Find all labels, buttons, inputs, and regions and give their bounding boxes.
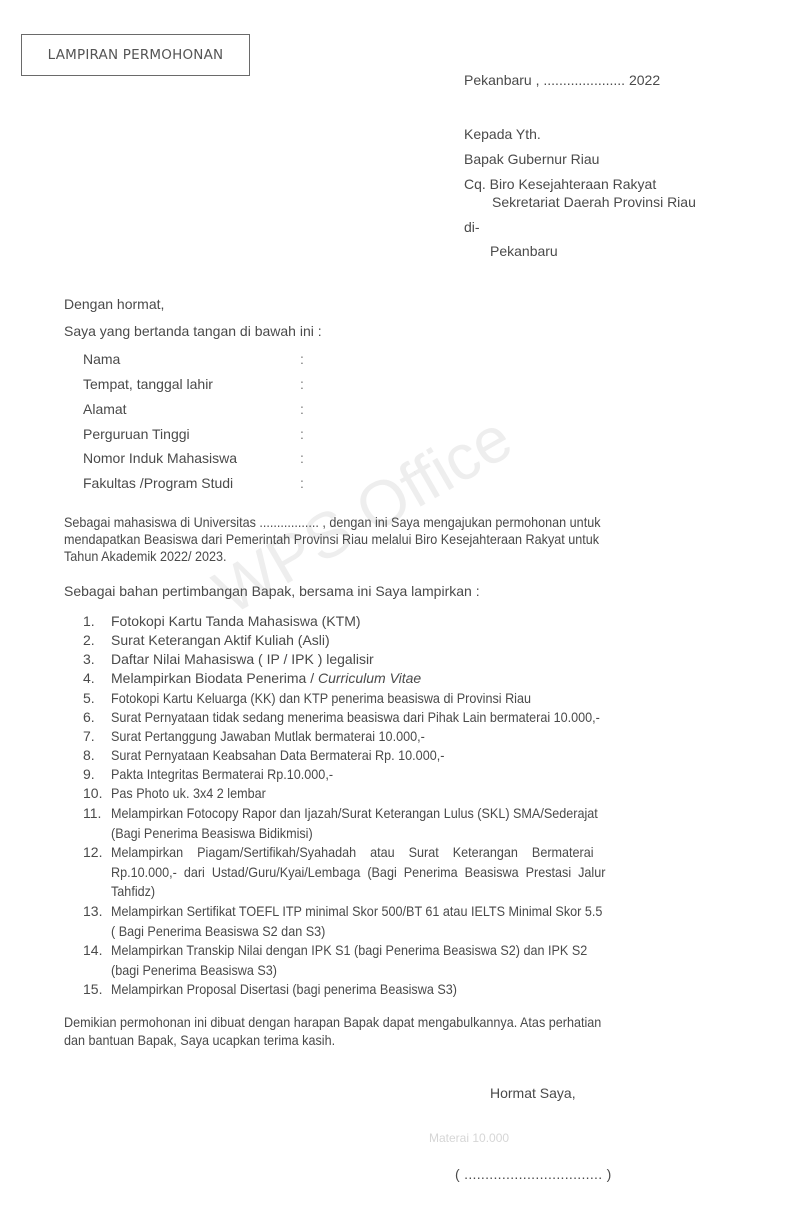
field-value-fakultas-prodi[interactable]: : — [300, 475, 304, 491]
list-item-text: Daftar Nilai Mahasiswa ( IP / IPK ) lega… — [111, 650, 741, 670]
recipient-line-3: Cq. Biro Kesejahteraan Rakyat — [464, 176, 656, 192]
recipient-line-1: Kepada Yth. — [464, 126, 541, 142]
list-item-number: 5. — [83, 689, 109, 709]
document-title: LAMPIRAN PERMOHONAN — [48, 47, 224, 63]
field-nim: Nomor Induk Mahasiswa — [83, 450, 237, 466]
field-nama: Nama — [83, 351, 120, 367]
list-item-number: 13. — [83, 902, 109, 922]
field-perguruan-tinggi: Perguruan Tinggi — [83, 426, 190, 442]
list-item-text: Surat Keterangan Aktif Kuliah (Asli) — [111, 631, 741, 651]
document-title-box: LAMPIRAN PERMOHONAN — [21, 34, 250, 76]
field-value-alamat[interactable]: : — [300, 401, 304, 417]
list-item-number: 6. — [83, 708, 109, 728]
list-item-text-cont: ( Bagi Penerima Beasiswa S2 dan S3) — [111, 922, 678, 942]
list-item-text-cont: (Bagi Penerima Beasiswa Bidikmisi) — [111, 824, 678, 844]
list-item-text-cont: Rp.10.000,- dari Ustad/Guru/Kyai/Lembaga… — [111, 863, 678, 883]
request-line-3: Tahun Akademik 2022/ 2023. — [64, 548, 227, 564]
field-label: Perguruan Tinggi — [83, 426, 190, 442]
field-fakultas-prodi: Fakultas /Program Studi — [83, 475, 233, 491]
request-line-1: Sebagai mahasiswa di Universitas .......… — [64, 514, 601, 530]
list-item-text: Melampirkan Proposal Disertasi (bagi pen… — [111, 980, 457, 1000]
request-line-2: mendapatkan Beasiswa dari Pemerintah Pro… — [64, 531, 599, 547]
closing-line-2: dan bantuan Bapak, Saya ucapkan terima k… — [64, 1032, 335, 1048]
list-item-text-cont: Tahfidz) — [111, 882, 678, 902]
list-item-number: 9. — [83, 765, 109, 785]
list-item-italic: Curriculum Vitae — [318, 670, 421, 686]
field-tempat-tanggal-lahir: Tempat, tanggal lahir — [83, 376, 213, 392]
signature-line[interactable]: ( ................................. ) — [455, 1166, 612, 1182]
list-item-text: Melampirkan Fotocopy Rapor dan Ijazah/Su… — [111, 804, 678, 824]
list-item-number: 14. — [83, 941, 109, 961]
intro-text: Saya yang bertanda tangan di bawah ini : — [64, 323, 322, 339]
list-item-text: Pakta Integritas Bermaterai Rp.10.000,- — [111, 765, 333, 785]
field-value-nim[interactable]: : — [300, 450, 304, 466]
list-item-text: Pas Photo uk. 3x4 2 lembar — [111, 784, 266, 804]
list-item-number: 15. — [83, 980, 109, 1000]
list-item-text: Melampirkan Biodata Penerima / — [111, 670, 318, 686]
list-item-text: Fotokopi Kartu Tanda Mahasiswa (KTM) — [111, 612, 741, 632]
list-item-number: 10. — [83, 784, 109, 804]
stamp-placeholder: Materai 10.000 — [429, 1131, 509, 1145]
list-item-number: 7. — [83, 727, 109, 747]
attachments-intro: Sebagai bahan pertimbangan Bapak, bersam… — [64, 583, 480, 599]
closing-line-1: Demikian permohonan ini dibuat dengan ha… — [64, 1014, 601, 1030]
recipient-line-5: di- — [464, 219, 480, 235]
recipient-city: Pekanbaru — [490, 243, 558, 259]
list-item-text: Surat Pertanggung Jawaban Mutlak bermate… — [111, 727, 425, 747]
list-item-text: Fotokopi Kartu Keluarga (KK) dan KTP pen… — [111, 689, 531, 709]
list-item-text: Melampirkan Sertifikat TOEFL ITP minimal… — [111, 902, 678, 922]
list-item-text: Melampirkan Transkip Nilai dengan IPK S1… — [111, 941, 678, 961]
field-label: Alamat — [83, 401, 127, 417]
list-item-text: Surat Pernyataan Keabsahan Data Bermater… — [111, 746, 444, 766]
salutation: Dengan hormat, — [64, 296, 164, 312]
field-label: Tempat, tanggal lahir — [83, 376, 213, 392]
place-date: Pekanbaru , ..................... 2022 — [464, 72, 660, 88]
field-value-tempat-tanggal-lahir[interactable]: : — [300, 376, 304, 392]
list-item-text: Surat Pernyataan tidak sedang menerima b… — [111, 708, 600, 728]
list-item-number: 2. — [83, 631, 109, 651]
list-item-number: 1. — [83, 612, 109, 632]
field-value-nama[interactable]: : — [300, 351, 304, 367]
list-item-number: 8. — [83, 746, 109, 766]
list-item-text-cont: (bagi Penerima Beasiswa S3) — [111, 961, 678, 981]
list-item-number: 3. — [83, 650, 109, 670]
field-alamat: Alamat — [83, 401, 127, 417]
regards: Hormat Saya, — [490, 1085, 576, 1101]
list-item-number: 11. — [83, 804, 109, 824]
field-label: Nama — [83, 351, 120, 367]
list-item-number: 12. — [83, 843, 109, 863]
field-label: Nomor Induk Mahasiswa — [83, 450, 237, 466]
recipient-line-4: Sekretariat Daerah Provinsi Riau — [492, 194, 696, 210]
recipient-line-2: Bapak Gubernur Riau — [464, 151, 599, 167]
list-item-number: 4. — [83, 669, 109, 689]
field-label: Fakultas /Program Studi — [83, 475, 233, 491]
field-value-perguruan-tinggi[interactable]: : — [300, 426, 304, 442]
list-item-text: Melampirkan Piagam/Sertifikah/Syahadah a… — [111, 843, 678, 863]
